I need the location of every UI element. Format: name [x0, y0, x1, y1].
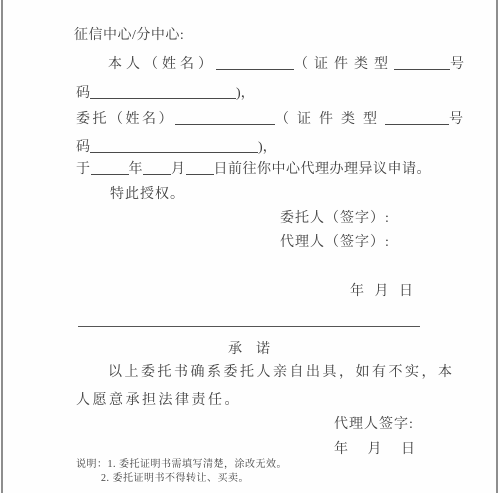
promise-date-ymd: 年 月 日 — [334, 442, 415, 457]
promise-body-line2: 人愿意承担法律责任。 — [76, 392, 241, 409]
principal-sign-line: 委托人（签字）: — [280, 210, 390, 227]
agent-number-label: 码 — [76, 140, 90, 155]
page-right-edge-line — [496, 0, 498, 493]
document-page: 征信中心/分中心: 本人（姓名）（证件类型号 码)， 委托（姓名）（证件类型号 … — [0, 0, 500, 493]
authorization-text: 特此授权。 — [110, 187, 185, 202]
promise-date-ymd-line: 年 月 日 — [334, 441, 415, 458]
agent-name-label: 委托（姓名） — [76, 112, 175, 127]
principal-number-label: 码 — [76, 86, 90, 101]
blank-principal-idtype — [394, 59, 450, 70]
date-line: 于年月日前往你中心代理办理异议申请。 — [76, 161, 431, 178]
blank-year — [91, 164, 129, 175]
date-month-char: 月 — [171, 162, 186, 177]
agent-sign-line: 代理人（签字）: — [280, 234, 390, 251]
promise-agent-sign-line: 代理人签字: — [334, 416, 414, 433]
salutation-line: 征信中心/分中心: — [74, 27, 184, 44]
promise-title-line: 承 诺 — [78, 338, 420, 358]
principal-idtype-label: （证件类型 — [294, 57, 394, 72]
blank-month — [143, 164, 171, 175]
principal-close-paren: )， — [236, 86, 255, 101]
letter-date-ymd: 年 月 日 — [350, 284, 413, 299]
date-year-char: 年 — [129, 162, 144, 177]
agent-line-cont: 码)， — [76, 139, 277, 156]
salutation-text: 征信中心/分中心: — [74, 28, 184, 43]
principal-number-char: 号 — [450, 57, 464, 72]
principal-sign-label: 委托人（签字）: — [280, 211, 390, 226]
note-text-2: 2. 委托证明书不得转让、买卖。 — [101, 473, 249, 484]
blank-principal-idnumber — [90, 88, 236, 99]
date-suffix: 日前往你中心代理办理异议申请。 — [214, 162, 432, 177]
principal-line: 本人（姓名）（证件类型号 — [108, 56, 464, 73]
agent-number-char: 号 — [449, 112, 463, 127]
blank-agent-idnumber — [90, 142, 258, 153]
letter-date-ymd-line: 年 月 日 — [350, 283, 413, 300]
date-prefix: 于 — [76, 162, 91, 177]
blank-day — [186, 164, 214, 175]
blank-agent-name — [175, 114, 275, 125]
authorization-line: 特此授权。 — [110, 186, 185, 203]
principal-line-cont: 码)， — [76, 85, 255, 102]
principal-name-label: 本人（姓名） — [108, 57, 216, 72]
promise-text-1: 以上委托书确系委托人亲自出具，如有不实，本 — [108, 365, 455, 380]
note-text-1: 说明：1. 委托证明书需填写清楚，涂改无效。 — [76, 459, 287, 470]
promise-text-2: 人愿意承担法律责任。 — [76, 393, 241, 408]
agent-sign-label: 代理人（签字）: — [280, 235, 390, 250]
agent-line: 委托（姓名）（证件类型号 — [76, 111, 463, 128]
notes-line2: 2. 委托证明书不得转让、买卖。 — [101, 472, 249, 485]
blank-agent-idtype — [385, 114, 449, 125]
agent-idtype-label: （证件类型 — [275, 112, 385, 127]
section-divider-line — [78, 326, 420, 327]
blank-principal-name — [216, 59, 294, 70]
promise-title: 承 诺 — [228, 342, 270, 357]
agent-close-paren: )， — [258, 140, 277, 155]
promise-body-line1: 以上委托书确系委托人亲自出具，如有不实，本 — [108, 364, 455, 381]
page-left-edge-line — [1, 0, 3, 493]
promise-agent-sign-label: 代理人签字: — [334, 417, 414, 432]
notes-line1: 说明：1. 委托证明书需填写清楚，涂改无效。 — [76, 458, 287, 471]
